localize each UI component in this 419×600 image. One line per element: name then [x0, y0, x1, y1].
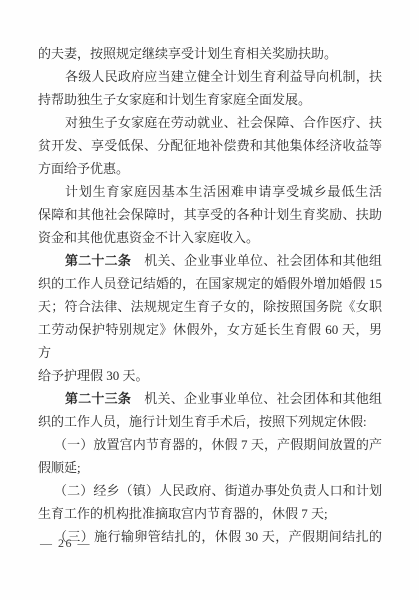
- text-line: 贫开发、享受低保、分配征地补偿费和其他集体经济收益等: [38, 134, 382, 157]
- text-line: 的夫妻，按照规定继续享受计划生育相关奖励扶助。: [38, 42, 382, 65]
- text-line: 方面给予优惠。: [38, 157, 382, 180]
- text-line: 第二十二条 机关、企业事业单位、社会团体和其他组: [38, 249, 382, 272]
- article-number: 第二十三条: [65, 391, 131, 406]
- text-line: 天；符合法律、法规规定生育子女的，除按照国务院《女职: [38, 295, 382, 318]
- page-number: — 26 —: [40, 536, 91, 551]
- text-line: 织的工作人员，施行计划生育手术后，按照下列规定休假:: [38, 410, 382, 433]
- text-line: 织的工作人员登记结婚的，在国家规定的婚假外增加婚假 15: [38, 272, 382, 295]
- text-line: 假顺延;: [38, 456, 382, 479]
- text-line: （一）放置宫内节育器的，休假 7 天，产假期间放置的产: [38, 433, 382, 456]
- text-line: 资金和其他优惠资金不计入家庭收入。: [38, 226, 382, 249]
- text-line: 给予护理假 30 天。: [38, 364, 382, 387]
- text-line: （二）经乡（镇）人民政府、街道办事处负责人口和计划: [38, 479, 382, 502]
- text-line: 保障和其他社会保障时，其享受的各种计划生育奖励、扶助: [38, 203, 382, 226]
- document-page: 的夫妻，按照规定继续享受计划生育相关奖励扶助。各级人民政府应当建立健全计划生育利…: [0, 0, 419, 600]
- text-line: 第二十三条 机关、企业事业单位、社会团体和其他组: [38, 387, 382, 410]
- document-text: 的夫妻，按照规定继续享受计划生育相关奖励扶助。各级人民政府应当建立健全计划生育利…: [38, 42, 382, 548]
- text-line: 持帮助独生子女家庭和计划生育家庭全面发展。: [38, 88, 382, 111]
- article-number: 第二十二条: [65, 253, 131, 268]
- text-line: 对独生子女家庭在劳动就业、社会保障、合作医疗、扶: [38, 111, 382, 134]
- text-line: 生育工作的机构批准摘取宫内节育器的，休假 7 天;: [38, 502, 382, 525]
- text-line: 工劳动保护特别规定》休假外，女方延长生育假 60 天，男方: [38, 318, 382, 364]
- text-line: 各级人民政府应当建立健全计划生育利益导向机制，扶: [38, 65, 382, 88]
- text-line: 计划生育家庭因基本生活困难申请享受城乡最低生活: [38, 180, 382, 203]
